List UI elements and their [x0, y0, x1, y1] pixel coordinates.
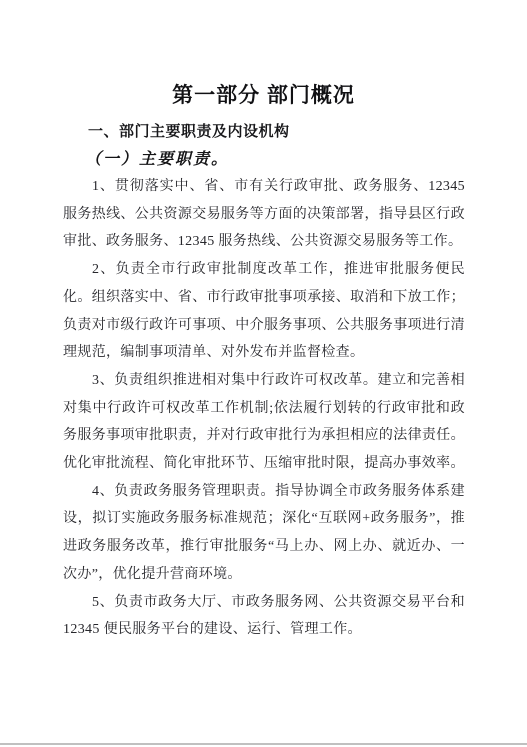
section-heading: 一、部门主要职责及内设机构: [88, 123, 290, 140]
paragraph-duty-4: 4、负责政务服务管理职责。指导协调全市政务服务体系建设，拟订实施政务服务标准规范…: [63, 478, 465, 589]
paragraph-duty-3: 3、负责组织推进相对集中行政许可权改革。建立和完善相对集中行政许可权改革工作机制…: [63, 367, 465, 478]
document-title: 第一部分 部门概况: [0, 84, 527, 108]
document-page: 第一部分 部门概况 一、部门主要职责及内设机构 （一）主要职责。 1、贯彻落实中…: [0, 0, 527, 747]
paragraph-duty-2: 2、负责全市行政审批制度改革工作，推进审批服务便民化。组织落实中、省、市行政审批…: [63, 256, 465, 367]
paragraph-duty-5: 5、负责市政务大厅、市政务服务网、公共资源交易平台和12345 便民服务平台的建…: [63, 589, 465, 644]
subsection-heading: （一）主要职责。: [85, 151, 229, 169]
page-bottom-edge: [0, 743, 527, 745]
document-body: 1、贯彻落实中、省、市有关行政审批、政务服务、12345 服务热线、公共资源交易…: [63, 173, 465, 644]
paragraph-duty-1: 1、贯彻落实中、省、市有关行政审批、政务服务、12345 服务热线、公共资源交易…: [63, 173, 465, 256]
